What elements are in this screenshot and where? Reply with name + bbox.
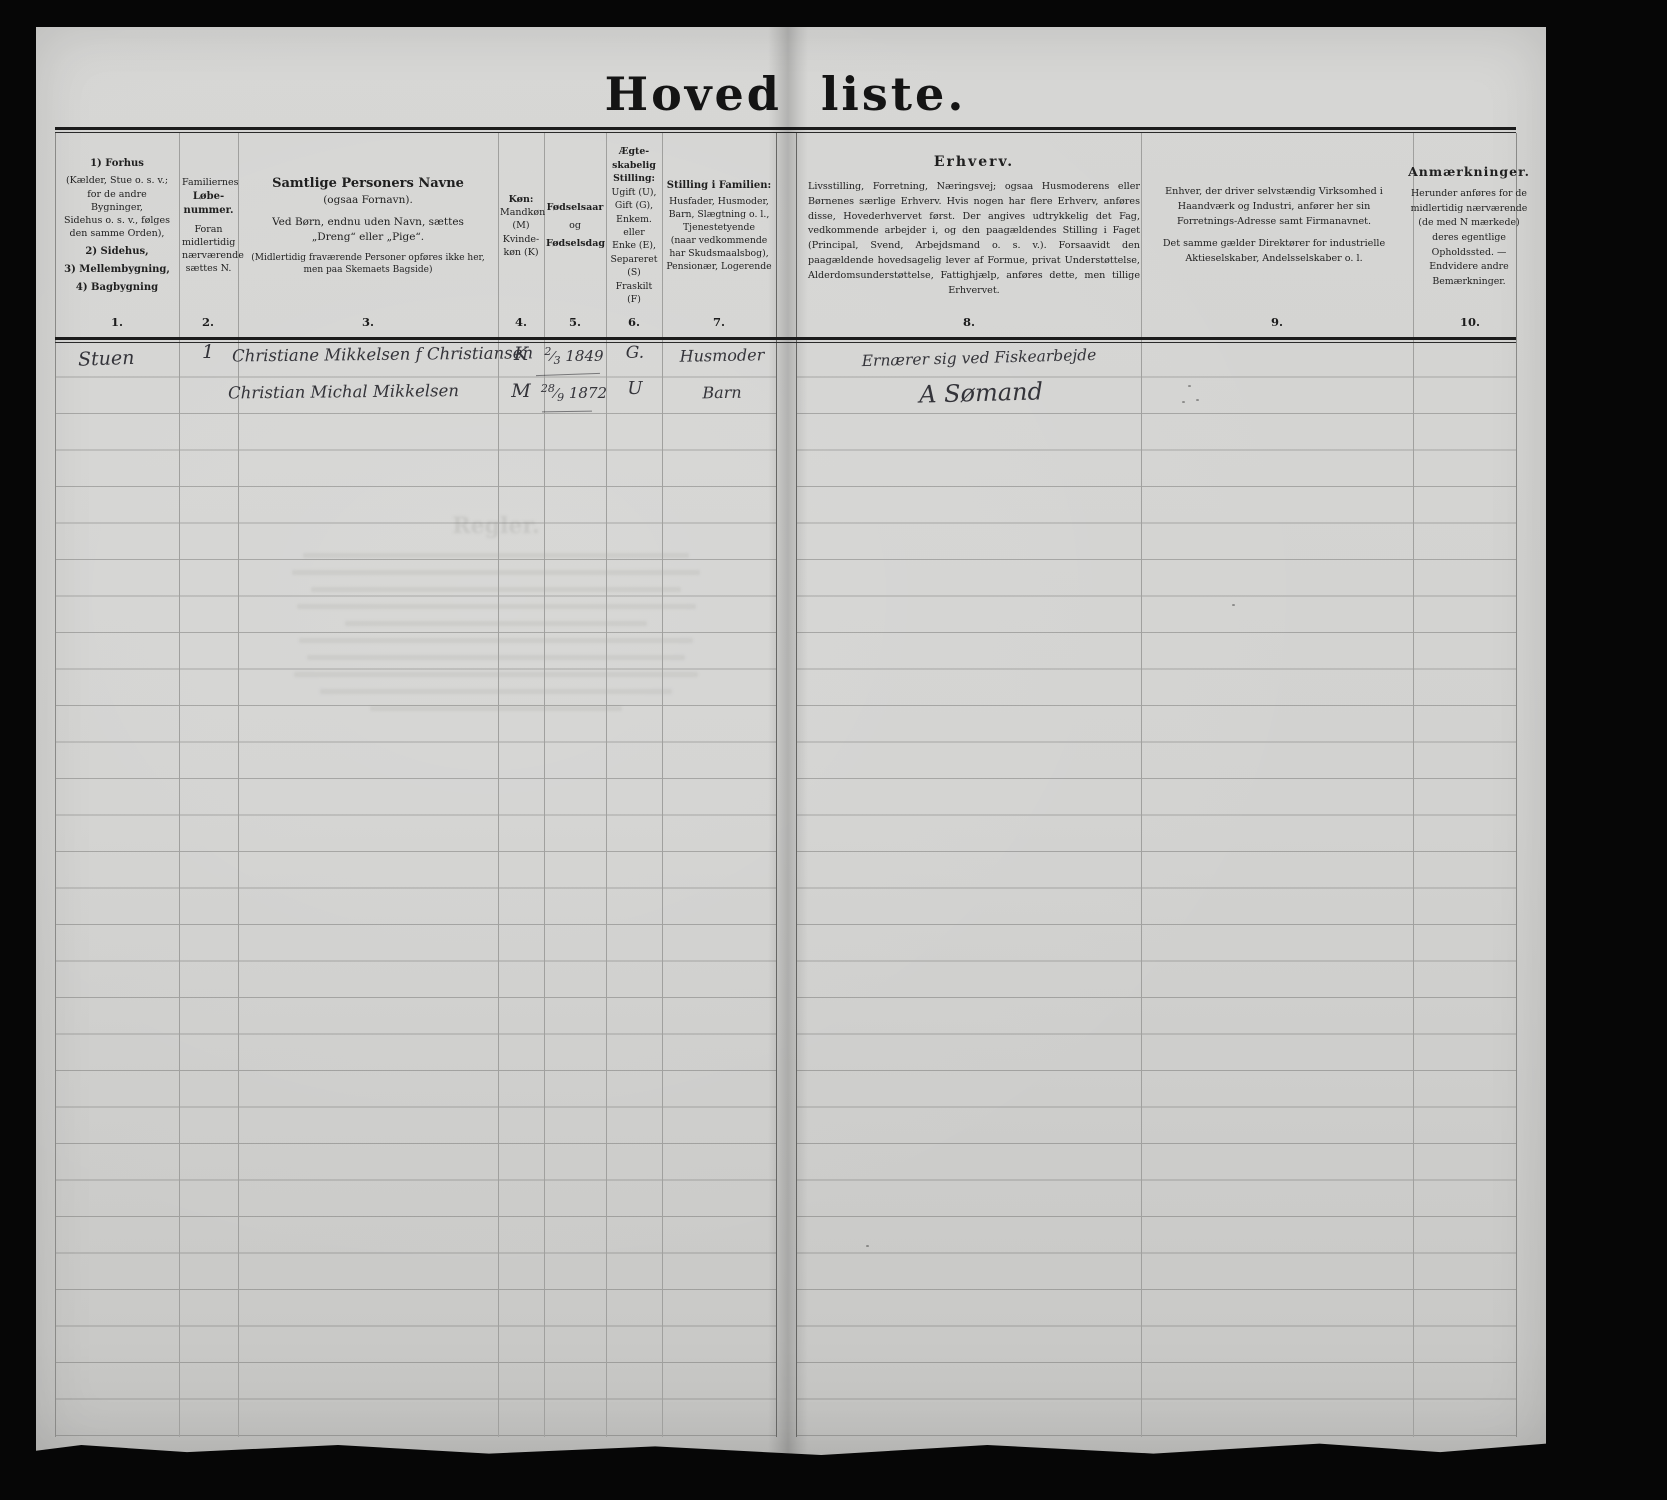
table-right-edge	[1516, 133, 1517, 1437]
column-divider	[1141, 133, 1142, 1437]
column-header-building: 1) Forhus(Kælder, Stue o. s. v.;for de a…	[60, 139, 174, 313]
scan-speck	[866, 1245, 869, 1247]
column-divider	[238, 133, 239, 1437]
header-line: Ægte-	[608, 145, 660, 158]
ruled-rows-right-page	[796, 341, 1516, 1437]
header-line: Ved Børn, endnu uden Navn, sættes	[242, 215, 494, 230]
header-line: (ogsaa Fornavn).	[242, 193, 494, 208]
column-number-2: 2.	[186, 315, 230, 329]
census-form-scan: Hoved liste. Regler. 1) Forhus(Kælder, S…	[36, 27, 1546, 1455]
column-divider	[544, 133, 545, 1437]
header-line: Foran	[182, 223, 235, 236]
column-divider	[662, 133, 663, 1437]
header-line: Fraskilt (F)	[608, 280, 660, 307]
header-line: Familiernes	[182, 176, 235, 189]
header-line: men paa Skemaets Bagside)	[242, 264, 494, 277]
column-header-birthdate: FødselsaarogFødselsdag	[546, 139, 604, 313]
business-address-description2: Det samme gælder Direktører for industri…	[1148, 237, 1400, 267]
header-line: (Kælder, Stue o. s. v.;	[60, 174, 174, 187]
column-header-marital-status: Ægte-skabeligStilling:Ugift (U),Gift (G)…	[608, 139, 660, 313]
header-line: skabelig	[608, 159, 660, 172]
header-line: Køn:	[500, 193, 542, 206]
column-header-family-number: FamiliernesLøbe-nummer.Foranmidlertidign…	[182, 139, 235, 313]
header-line: Fødselsaar	[546, 199, 604, 217]
header-line: Enke (E),	[608, 239, 660, 252]
header-line: 4) Bagbygning	[60, 281, 174, 295]
entry-marital-status: G.	[610, 343, 660, 363]
birth-month: 9	[557, 391, 564, 404]
entry-sex: M	[498, 380, 544, 402]
column-header-family-position: Stilling i Familien:Husfader, Husmoder,B…	[664, 139, 774, 313]
column-header-business-address: Enhver, der driver selvstændig Virksomhe…	[1148, 139, 1400, 313]
header-bottom-rule	[55, 337, 1516, 343]
header-line: har Skudsmaalsbog),	[664, 247, 774, 260]
column-divider	[1413, 133, 1414, 1437]
header-line: (S)	[608, 266, 660, 279]
header-line: den samme Orden),	[60, 227, 174, 240]
header-line: Pensionær, Logerende	[664, 260, 774, 273]
header-line: „Dreng“ eller „Pige“.	[242, 230, 494, 245]
header-line: (Midlertidig fraværende Personer opføres…	[242, 252, 494, 265]
scan-speck	[1232, 604, 1235, 606]
column-number-7: 7.	[697, 315, 741, 329]
ruled-rows-left-page	[55, 341, 776, 1437]
entry-sex: K	[498, 343, 544, 365]
entry-family-position: Barn	[666, 382, 778, 403]
header-line: for de andre Bygninger,	[60, 188, 174, 215]
header-line: Sidehus o. s. v., følges	[60, 214, 174, 227]
entry-dwelling: Stuen	[78, 345, 179, 370]
occupation-description: Livsstilling, Forretning, Næringsvej; og…	[808, 180, 1140, 299]
column-number-8: 8.	[947, 315, 991, 329]
header-line: Samtlige Personers Navne	[242, 175, 494, 193]
entry-birthdate: 2⁄3 1849	[540, 345, 608, 367]
header-line: Kvinde-	[500, 233, 542, 246]
remarks-heading: Anmærkninger.	[1408, 163, 1530, 181]
header-line: nummer.	[182, 204, 235, 218]
occupation-heading: Erhverv.	[934, 153, 1014, 173]
header-line: Gift (G),	[608, 199, 660, 212]
birth-year: 1872	[569, 384, 607, 402]
table-left-edge	[55, 133, 56, 1437]
header-line: 2) Sidehus,	[60, 245, 174, 259]
entry-name: Christiane Mikkelsen f Christiansen	[232, 344, 518, 366]
header-line: (naar vedkommende	[664, 234, 774, 247]
header-line: Separeret	[608, 253, 660, 266]
header-line: sættes N.	[182, 262, 235, 275]
entry-family-number: 1	[186, 341, 230, 363]
book-fold-shadow	[768, 27, 808, 1455]
header-line: (M)	[500, 219, 542, 232]
header-line: Tjenestetyende	[664, 221, 774, 234]
column-number-5: 5.	[553, 315, 597, 329]
header-line: nærværende	[182, 249, 235, 262]
header-line: Stilling:	[608, 172, 660, 185]
scan-speck	[1188, 385, 1191, 387]
header-line: midlertidig	[182, 236, 235, 249]
header-line: Mandkøn	[500, 206, 542, 219]
column-divider	[606, 133, 607, 1437]
scan-speck	[1196, 399, 1199, 401]
column-header-remarks: Anmærkninger. Herunder anføres for de mi…	[1406, 139, 1532, 313]
column-number-10: 10.	[1448, 315, 1492, 329]
column-number-4: 4.	[499, 315, 543, 329]
column-header-sex: Køn:Mandkøn(M)Kvinde-køn (K)	[500, 139, 542, 313]
column-number-9: 9.	[1255, 315, 1299, 329]
birth-month: 3	[554, 354, 561, 367]
header-line: 1) Forhus	[60, 157, 174, 171]
header-line: Husfader, Husmoder,	[664, 195, 774, 208]
birth-year: 1849	[565, 347, 603, 365]
header-line: Løbe-	[182, 190, 235, 204]
entry-family-position: Husmoder	[666, 345, 778, 366]
birth-day: 28	[541, 382, 555, 395]
column-header-names: Samtlige Personers Navne(ogsaa Fornavn).…	[242, 139, 494, 313]
scan-speck	[1182, 401, 1185, 403]
column-number-6: 6.	[612, 315, 656, 329]
column-number-1: 1.	[95, 315, 139, 329]
header-line: 3) Mellembygning,	[60, 263, 174, 277]
header-line: Enkem. eller	[608, 213, 660, 240]
column-header-occupation: Erhverv. Livsstilling, Forretning, Nærin…	[808, 139, 1140, 313]
header-line: Barn, Slægtning o. l.,	[664, 208, 774, 221]
entry-birthdate: 28⁄9 1872	[540, 382, 608, 404]
business-address-description: Enhver, der driver selvstændig Virksomhe…	[1148, 185, 1400, 230]
column-divider	[179, 133, 180, 1437]
column-number-3: 3.	[346, 315, 390, 329]
header-line: og	[546, 217, 604, 235]
header-line: køn (K)	[500, 246, 542, 259]
entry-name: Christian Michal Mikkelsen	[228, 381, 514, 403]
header-line: Fødselsdag	[546, 235, 604, 253]
header-line: Stilling i Familien:	[664, 179, 774, 193]
remarks-description: Herunder anføres for de midlertidig nærv…	[1406, 187, 1532, 289]
header-line: Ugift (U),	[608, 186, 660, 199]
entry-marital-status: U	[610, 378, 660, 399]
